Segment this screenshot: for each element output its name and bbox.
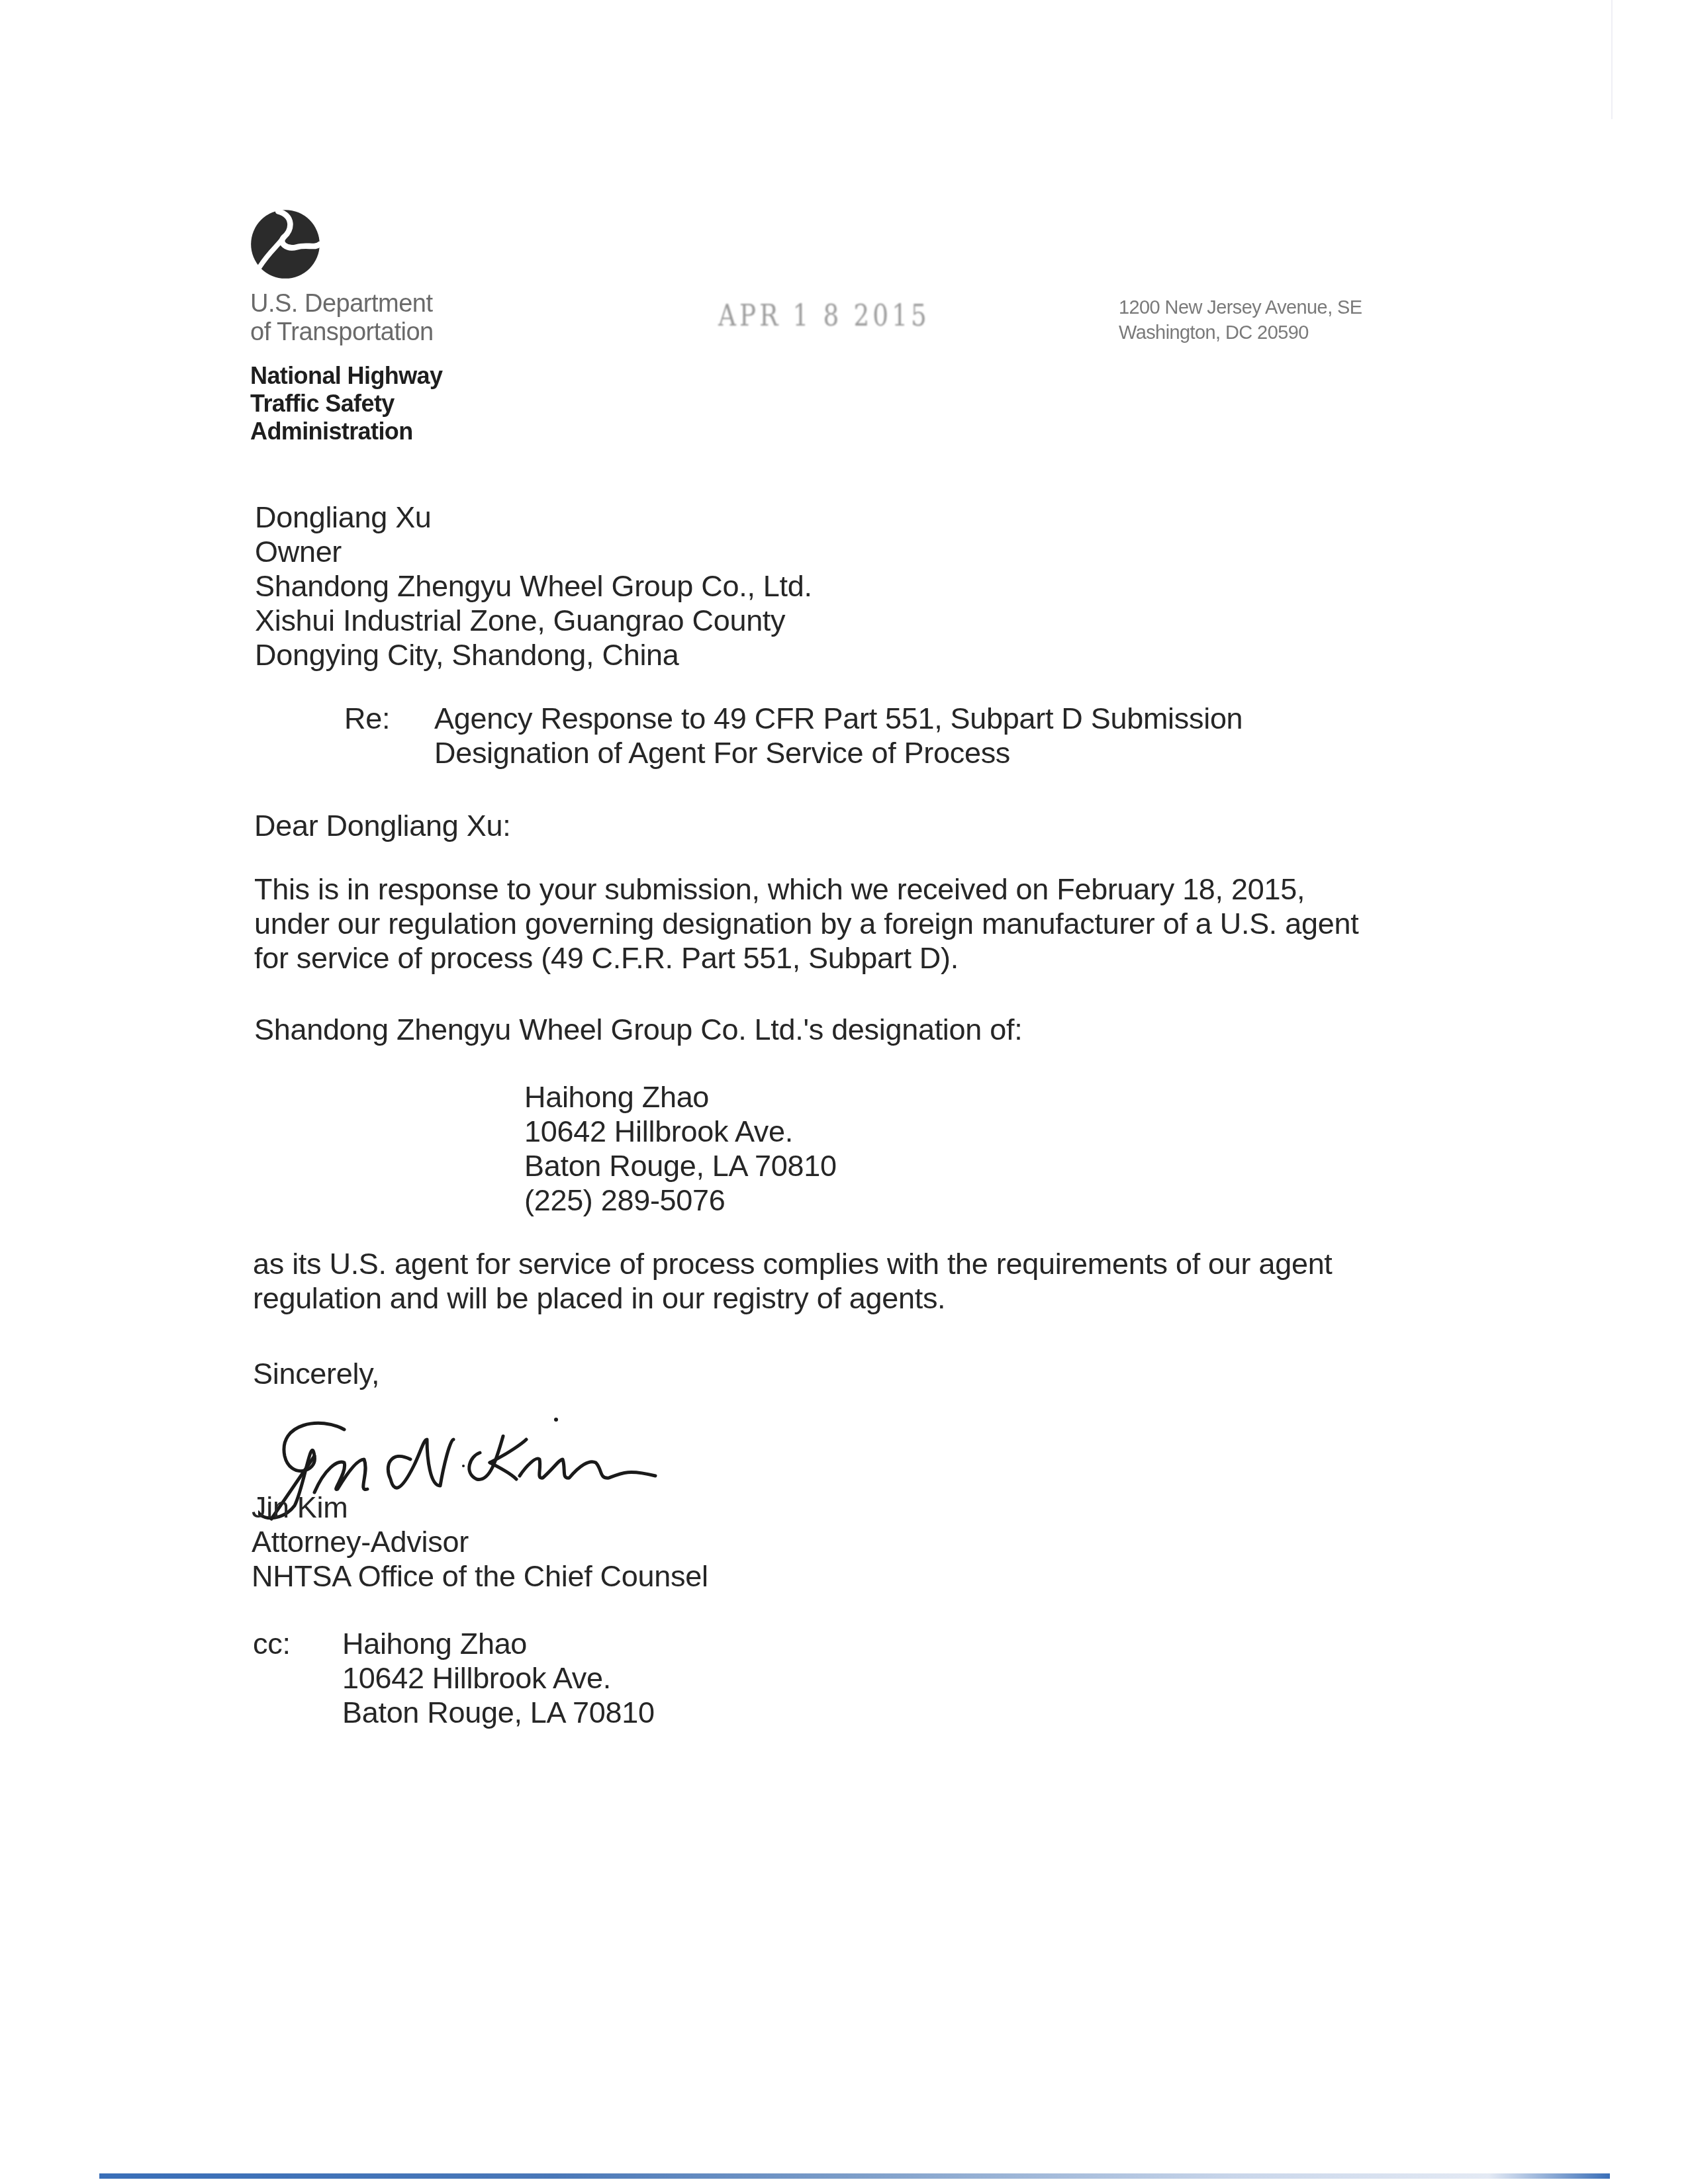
salutation: Dear Dongliang Xu: bbox=[254, 809, 510, 843]
agent-address-block: Haihong Zhao 10642 Hillbrook Ave. Baton … bbox=[524, 1080, 837, 1218]
paragraph-1: This is in response to your submission, … bbox=[254, 872, 1358, 976]
recipient-company: Shandong Zhengyu Wheel Group Co., Ltd. bbox=[255, 569, 812, 604]
headquarters-address: 1200 New Jersey Avenue, SE Washington, D… bbox=[1119, 295, 1362, 345]
subject-lines: Agency Response to 49 CFR Part 551, Subp… bbox=[434, 702, 1243, 770]
recipient-title: Owner bbox=[255, 535, 812, 569]
agent-phone: (225) 289-5076 bbox=[524, 1183, 837, 1218]
designation-intro: Shandong Zhengyu Wheel Group Co. Ltd.'s … bbox=[254, 1013, 1022, 1047]
agency-line: Administration bbox=[250, 418, 442, 445]
signer-block: Jin Kim Attorney-Advisor NHTSA Office of… bbox=[252, 1490, 708, 1594]
signer-name: Jin Kim bbox=[252, 1490, 708, 1525]
recipient-address-block: Dongliang Xu Owner Shandong Zhengyu Whee… bbox=[255, 500, 812, 672]
agent-name: Haihong Zhao bbox=[524, 1080, 837, 1115]
cc-name: Haihong Zhao bbox=[342, 1627, 655, 1661]
agency-line: National Highway bbox=[250, 362, 442, 390]
recipient-address-line: Xishui Industrial Zone, Guangrao County bbox=[255, 604, 812, 638]
address-line: Washington, DC 20590 bbox=[1119, 320, 1362, 345]
paragraph-line: as its U.S. agent for service of process… bbox=[253, 1247, 1333, 1281]
signer-title: Attorney-Advisor bbox=[252, 1525, 708, 1559]
agency-name: National Highway Traffic Safety Administ… bbox=[250, 362, 442, 445]
department-name: U.S. Department of Transportation bbox=[250, 290, 434, 347]
paragraph-line: for service of process (49 C.F.R. Part 5… bbox=[254, 941, 1358, 976]
scan-bottom-bar bbox=[99, 2173, 1610, 2179]
paragraph-line: under our regulation governing designati… bbox=[254, 907, 1358, 941]
agency-line: Traffic Safety bbox=[250, 390, 442, 418]
paragraph-line: regulation and will be placed in our reg… bbox=[253, 1281, 1333, 1316]
subject-line: Designation of Agent For Service of Proc… bbox=[434, 736, 1243, 770]
department-line: U.S. Department bbox=[250, 290, 434, 318]
dot-logo-icon bbox=[250, 208, 321, 280]
date-stamp: APR 1 8 2015 bbox=[718, 299, 930, 333]
subject-label: Re: bbox=[344, 702, 390, 736]
paragraph-line: This is in response to your submission, … bbox=[254, 872, 1358, 907]
subject-line: Agency Response to 49 CFR Part 551, Subp… bbox=[434, 702, 1243, 736]
department-line: of Transportation bbox=[250, 318, 434, 347]
cc-address-block: Haihong Zhao 10642 Hillbrook Ave. Baton … bbox=[342, 1627, 655, 1730]
agent-street: 10642 Hillbrook Ave. bbox=[524, 1115, 837, 1149]
scan-edge-line bbox=[1611, 0, 1613, 119]
agent-city-state-zip: Baton Rouge, LA 70810 bbox=[524, 1149, 837, 1183]
signer-office: NHTSA Office of the Chief Counsel bbox=[252, 1559, 708, 1594]
address-line: 1200 New Jersey Avenue, SE bbox=[1119, 295, 1362, 320]
recipient-address-line: Dongying City, Shandong, China bbox=[255, 638, 812, 672]
paragraph-2: as its U.S. agent for service of process… bbox=[253, 1247, 1333, 1316]
recipient-name: Dongliang Xu bbox=[255, 500, 812, 535]
cc-label: cc: bbox=[253, 1627, 291, 1661]
cc-street: 10642 Hillbrook Ave. bbox=[342, 1661, 655, 1696]
closing: Sincerely, bbox=[253, 1357, 379, 1391]
cc-city-state-zip: Baton Rouge, LA 70810 bbox=[342, 1696, 655, 1730]
